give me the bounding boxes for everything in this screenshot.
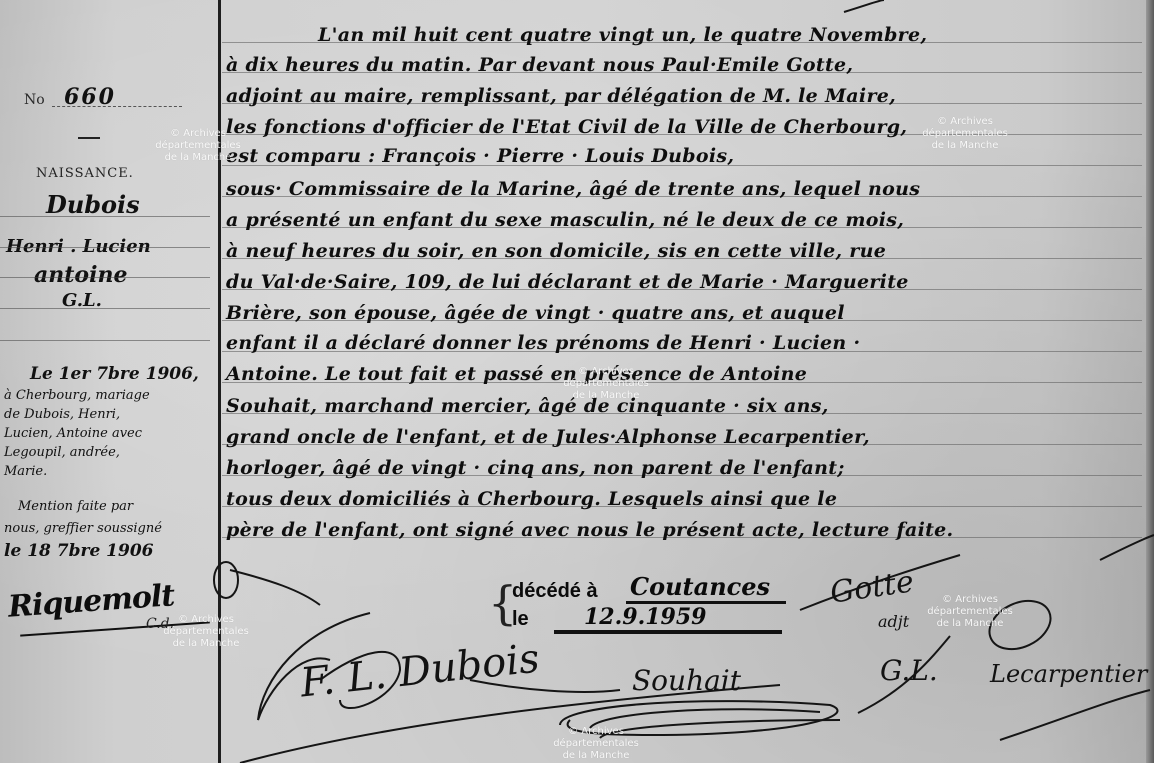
watermark-line: départementales <box>920 606 1020 618</box>
marriage-mention-line: Lucien, Antoine avec <box>4 424 216 443</box>
record-number-label: No <box>24 92 45 108</box>
body-line-9: du Val·de·Saire, 109, de lui déclarant e… <box>226 271 909 301</box>
archive-watermark: © Archives départementales de la Manche <box>556 366 656 402</box>
watermark-line: départementales <box>556 378 656 390</box>
officer-signature-suffix: adjt <box>878 612 909 631</box>
body-line-10: Brière, son épouse, âgée de vingt · quat… <box>226 302 845 332</box>
watermark-line: de la Manche <box>915 140 1015 152</box>
body-line-16: tous deux domiciliés à Cherbourg. Lesque… <box>226 488 837 518</box>
death-date: 12.9.1959 <box>554 604 782 634</box>
witness-initials-signature: G.L. <box>880 654 938 687</box>
watermark-line: © Archives <box>156 614 256 626</box>
marriage-mention-line: à Cherbourg, mariage <box>4 386 216 405</box>
marriage-mention-heading: Le 1er 7bre 1906, <box>4 362 216 386</box>
marriage-mention-line: Legoupil, andrée, <box>4 443 216 462</box>
watermark-line: départementales <box>546 738 646 750</box>
child-given-names-2: antoine <box>34 262 127 288</box>
document-scan: No 660 NAISSANCE. Dubois Henri . Lucien … <box>0 0 1154 763</box>
officer-signature: Gotte <box>828 564 916 610</box>
body-line-2: à dix heures du matin. Par devant nous P… <box>226 54 853 84</box>
clerk-mention-line: nous, greffier soussigné <box>4 518 218 540</box>
margin-rule <box>0 340 210 341</box>
number-underline <box>52 106 182 108</box>
witness-souhait-signature: Souhait <box>632 664 741 697</box>
watermark-line: départementales <box>156 626 256 638</box>
watermark-line: de la Manche <box>156 638 256 650</box>
body-line-7: a présenté un enfant du sexe masculin, n… <box>226 209 904 239</box>
watermark-line: © Archives <box>915 116 1015 128</box>
section-title: NAISSANCE. <box>36 166 134 181</box>
body-line-8: à neuf heures du soir, en son domicile, … <box>226 240 886 270</box>
body-line-11: enfant il a déclaré donner les prénoms d… <box>226 332 860 362</box>
watermark-line: © Archives <box>148 128 248 140</box>
body-line-5: est comparu : François · Pierre · Louis … <box>226 145 734 175</box>
death-date-prefix: le <box>512 608 529 631</box>
body-line-14: grand oncle de l'enfant, et de Jules·Alp… <box>226 426 870 456</box>
archive-watermark: © Archives départementales de la Manche <box>915 116 1015 152</box>
watermark-line: de la Manche <box>556 390 656 402</box>
watermark-line: départementales <box>148 140 248 152</box>
marriage-mention-line: de Dubois, Henri, <box>4 405 216 424</box>
death-place: Coutances <box>626 572 786 604</box>
margin-rule <box>0 247 210 248</box>
marriage-mention-line: Marie. <box>4 462 216 481</box>
witness-lecarpentier-signature: Lecarpentier <box>990 660 1147 688</box>
clerk-mention-date: le 18 7bre 1906 <box>4 540 218 562</box>
watermark-line: de la Manche <box>920 618 1020 630</box>
body-line-4: les fonctions d'officier de l'Etat Civil… <box>226 116 907 146</box>
father-signature: F. L. Dubois <box>298 636 541 707</box>
watermark-line: © Archives <box>920 594 1020 606</box>
watermark-line: © Archives <box>546 726 646 738</box>
archive-watermark: © Archives départementales de la Manche <box>546 726 646 762</box>
body-line-13: Souhait, marchand mercier, âgé de cinqua… <box>226 395 829 425</box>
page-edge-shadow <box>1146 0 1154 763</box>
archive-watermark: © Archives départementales de la Manche <box>920 594 1020 630</box>
watermark-line: © Archives <box>556 366 656 378</box>
body-line-12: Antoine. Le tout fait et passé en présen… <box>226 363 807 393</box>
body-line-17: père de l'enfant, ont signé avec nous le… <box>226 519 953 549</box>
body-line-3: adjoint au maire, remplissant, par délég… <box>226 85 896 115</box>
clerk-mention: Mention faite par nous, greffier soussig… <box>4 496 218 562</box>
archive-watermark: © Archives départementales de la Manche <box>156 614 256 650</box>
watermark-line: de la Manche <box>148 152 248 164</box>
body-line-1: L'an mil huit cent quatre vingt un, le q… <box>318 24 927 54</box>
body-line-6: sous· Commissaire de la Marine, âgé de t… <box>226 178 920 208</box>
separator-dash <box>78 137 100 139</box>
child-surname: Dubois <box>46 190 140 219</box>
body-line-15: horloger, âgé de vingt · cinq ans, non p… <box>226 457 845 487</box>
archive-watermark: © Archives départementales de la Manche <box>148 128 248 164</box>
margin-rule <box>0 308 210 309</box>
margin-rule <box>0 277 210 278</box>
watermark-line: de la Manche <box>546 750 646 762</box>
death-place-prefix: décédé à <box>512 580 598 603</box>
marriage-mention: Le 1er 7bre 1906, à Cherbourg, mariage d… <box>4 362 216 481</box>
clerk-mention-line: Mention faite par <box>4 496 218 518</box>
margin-rule <box>0 216 210 217</box>
watermark-line: départementales <box>915 128 1015 140</box>
